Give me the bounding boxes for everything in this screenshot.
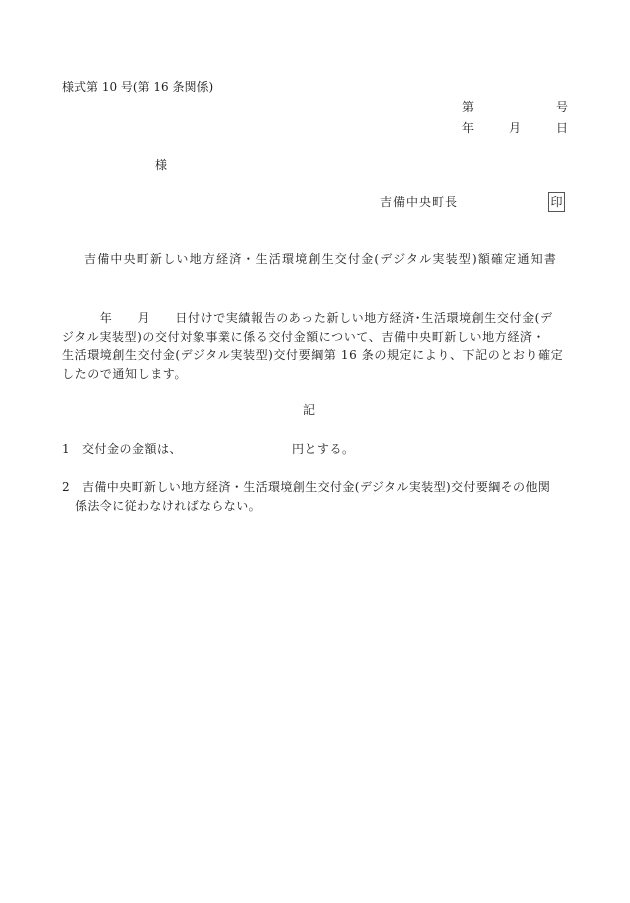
body-paragraph: 年 月 日付けで実績報告のあった新しい地方経済･生活環境創生交付金(デ ジタル実… [62,309,567,383]
item-1-label: 交付金の金額は、 [82,441,182,457]
document-page: 様式第 10 号(第 16 条関係) 第 号 年 月 日 様 吉備中央町長 印 … [0,0,630,903]
item-2-text-line1: 吉備中央町新しい地方経済・生活環境創生交付金(デジタル実装型)交付要綱その他関 [82,479,550,495]
item-2-text-line2: 係法令に従わなければならない。 [75,498,261,514]
date-year-label: 年 [462,120,474,136]
date-day-label: 日 [556,120,568,136]
form-number: 様式第 10 号(第 16 条関係) [62,79,213,95]
item-2-number: 2 [62,479,70,495]
body-line: ジタル実装型)の交付対象事業に係る交付金額について、吉備中央町新しい地方経済・ [62,328,567,347]
body-line: 年 月 日付けで実績報告のあった新しい地方経済･生活環境創生交付金(デ [62,309,567,328]
body-line: 生活環境創生交付金(デジタル実装型)交付要綱第 16 条の規定により、下記のとお… [62,346,567,365]
note-heading: 記 [303,402,315,418]
reference-number-suffix: 号 [556,99,568,115]
document-title: 吉備中央町新しい地方経済・生活環境創生交付金(デジタル実装型)額確定通知書 [84,251,557,267]
date-month-label: 月 [509,120,521,136]
item-1-unit: 円とする。 [292,441,355,457]
addressee-honorific: 様 [155,157,167,173]
body-line: したので通知します。 [62,365,567,384]
reference-number-prefix: 第 [462,99,474,115]
item-1-number: 1 [62,441,70,457]
seal-stamp-box: 印 [548,192,565,212]
sender-name: 吉備中央町長 [380,194,458,210]
